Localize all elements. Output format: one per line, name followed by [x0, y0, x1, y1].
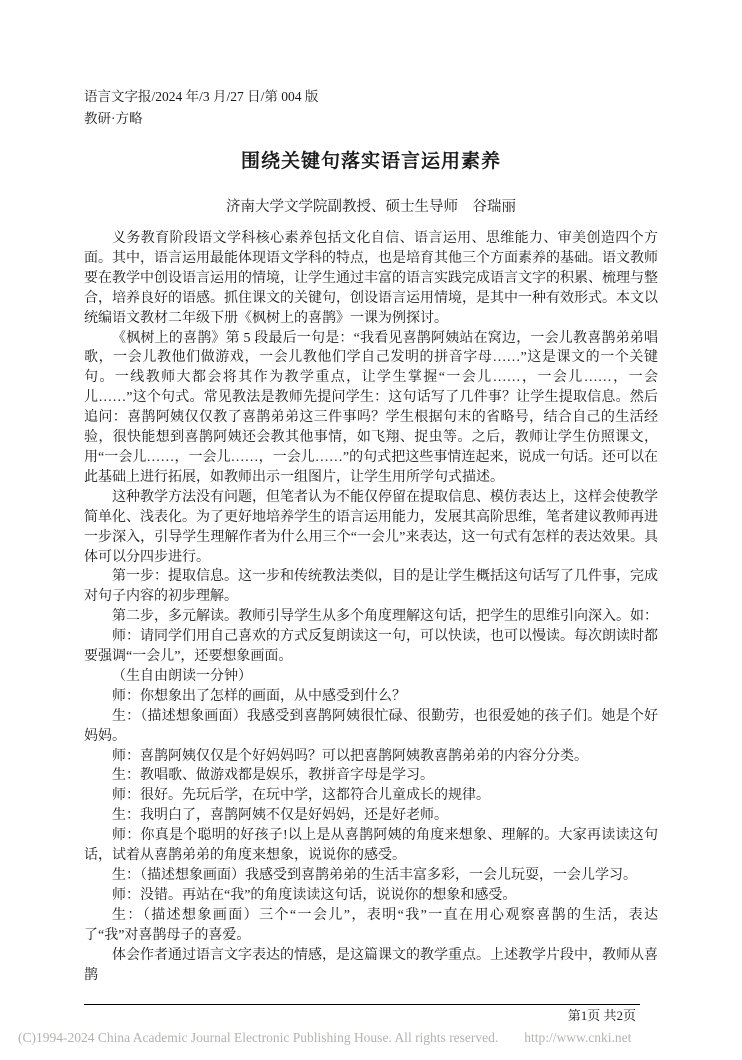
- article-body: 义务教育阶段语文学科核心素养包括文化自信、语言运用、思维能力、审美创造四个方面。…: [84, 229, 658, 985]
- dialogue-teacher-5: 师：你真是个聪明的好孩子!以上是从喜鹊阿姨的角度来想象、理解的。大家再读读这句话…: [84, 826, 658, 866]
- document-header: 语言文字报/2024 年/3 月/27 日/第 004 版 教研·方略: [84, 86, 658, 130]
- dialogue-student-3: 生：我明白了，喜鹊阿姨不仅是好妈妈，还是好老师。: [84, 806, 658, 826]
- dialogue-student-1: 生：（描述想象画面）我感受到喜鹊阿姨很忙碌、很勤劳，也很爱她的孩子们。她是个好妈…: [84, 707, 658, 747]
- dialogue-student-2: 生：教唱歌、做游戏都是娱乐，教拼音字母是学习。: [84, 766, 658, 786]
- article-author: 济南大学文学院副教授、硕士生导师 谷瑞丽: [84, 197, 658, 217]
- document-page: 语言文字报/2024 年/3 月/27 日/第 004 版 教研·方略 围绕关键…: [0, 0, 742, 1060]
- document-content: 语言文字报/2024 年/3 月/27 日/第 004 版 教研·方略 围绕关键…: [84, 0, 658, 1026]
- dialogue-teacher-6: 师：没错。再站在“我”的角度读读这句话，说说你的想象和感受。: [84, 886, 658, 906]
- copyright-url: http://www.cnki.net: [524, 1030, 631, 1045]
- paragraph-intro: 义务教育阶段语文学科核心素养包括文化自信、语言运用、思维能力、审美创造四个方面。…: [84, 229, 658, 329]
- dialogue-stage-note: （生自由朗读一分钟）: [84, 667, 658, 687]
- copyright-text: (C)1994-2024 China Academic Journal Elec…: [18, 1030, 498, 1045]
- publication-column-line: 教研·方略: [84, 108, 658, 130]
- paragraph-key-sentence: 《枫树上的喜鹊》第 5 段最后一句是：“我看见喜鹊阿姨站在窝边，一会儿教喜鹊弟弟…: [84, 329, 658, 488]
- dialogue-teacher-3: 师：喜鹊阿姨仅仅是个好妈妈吗？可以把喜鹊阿姨教喜鹊弟弟的内容分分类。: [84, 747, 658, 767]
- paragraph-step-two: 第二步，多元解读。教师引导学生从多个角度理解这句话，把学生的思维引向深入。如：: [84, 607, 658, 627]
- footer-divider: [84, 1004, 640, 1005]
- dialogue-teacher-2: 师：你想象出了怎样的画面，从中感受到什么？: [84, 687, 658, 707]
- dialogue-student-5: 生：（描述想象画面）三个“一会儿”，表明“我”一直在用心观察喜鹊的生活，表达了“…: [84, 906, 658, 946]
- paragraph-critique: 这种教学方法没有问题，但笔者认为不能仅停留在提取信息、模仿表达上，这样会使教学简…: [84, 488, 658, 568]
- paragraph-step-one: 第一步：提取信息。这一步和传统教法类似，目的是让学生概括这句话写了几件事，完成对…: [84, 567, 658, 607]
- dialogue-student-4: 生：（描述想象画面）我感受到喜鹊弟弟的生活丰富多彩，一会儿玩耍，一会儿学习。: [84, 866, 658, 886]
- publication-source-line: 语言文字报/2024 年/3 月/27 日/第 004 版: [84, 86, 658, 108]
- dialogue-teacher-4: 师：很好。先玩后学，在玩中学，这都符合儿童成长的规律。: [84, 786, 658, 806]
- dialogue-teacher-1: 师：请同学们用自己喜欢的方式反复朗读这一句，可以快读，也可以慢读。每次朗读时都要…: [84, 627, 658, 667]
- article-title: 围绕关键句落实语言运用素养: [84, 148, 658, 175]
- page-number: 第1页 共2页: [84, 1006, 640, 1026]
- paragraph-closing: 体会作者通过语言文字表达的情感，是这篇课文的教学重点。上述教学片段中，教师从喜鹊: [84, 946, 658, 986]
- copyright-notice: (C)1994-2024 China Academic Journal Elec…: [18, 1030, 631, 1046]
